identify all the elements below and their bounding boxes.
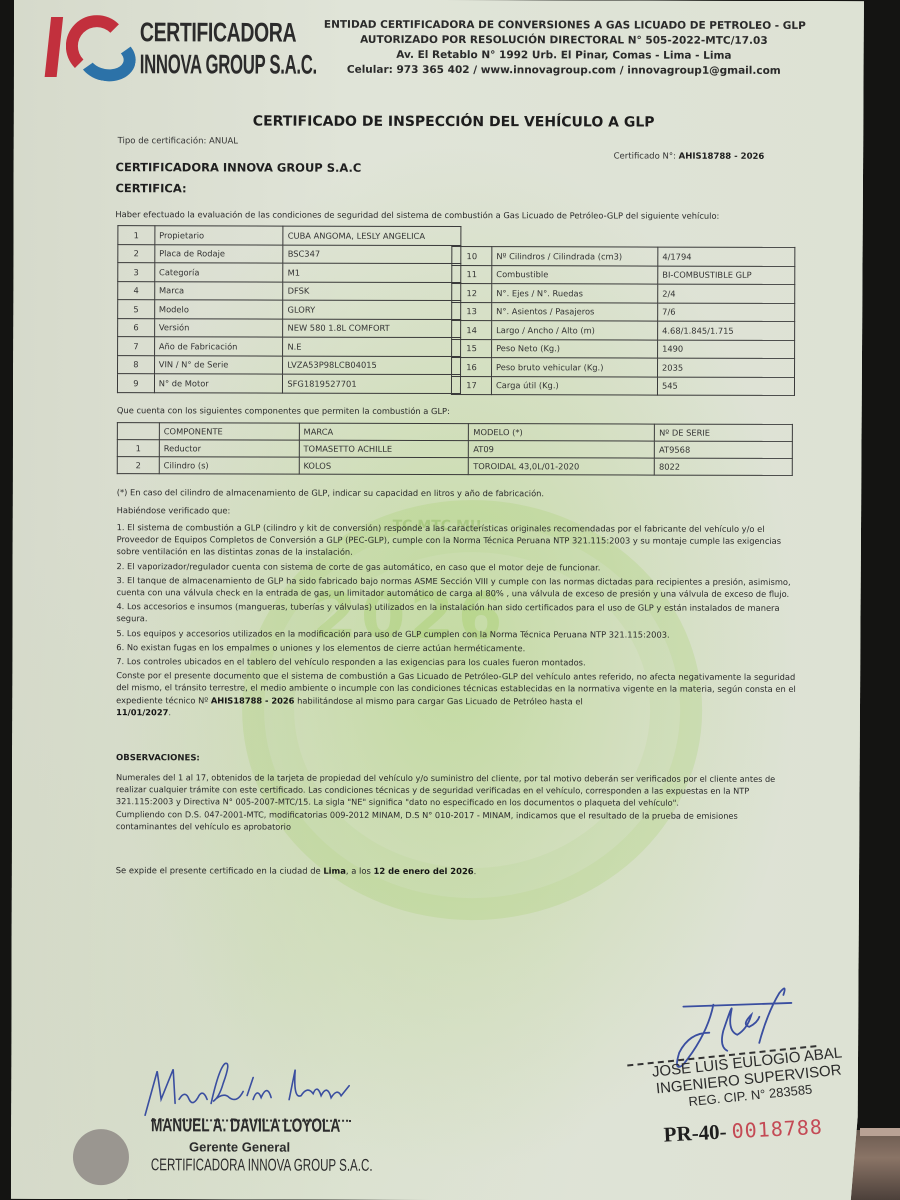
table-row: 2Cilindro (s)KOLOSTOROIDAL 43,0L/01-2020…	[117, 457, 792, 476]
manager-signature-block: MANUEL A. DAVILA LOYOLA Gerente General …	[131, 1059, 371, 1180]
field-value: BI-COMBUSTIBLE GLP	[658, 266, 795, 285]
table-row: 10Nº Cilindros / Cilindrada (cm3)4/1794	[452, 247, 795, 266]
row-number: 15	[452, 339, 492, 358]
field-value: 7/6	[658, 303, 795, 322]
valid-until-date: 11/01/2027	[116, 707, 168, 717]
observation-item: Numerales del 1 al 17, obtenidos de la t…	[116, 771, 796, 809]
observations-title: OBSERVACIONES:	[116, 753, 200, 763]
expediente-number: AHIS18788 - 2026	[211, 695, 295, 705]
row-number: 8	[118, 355, 155, 374]
document-title: CERTIFICADO DE INSPECCIÓN DEL VEHÍCULO A…	[194, 113, 714, 130]
field-label: Propietario	[155, 226, 284, 245]
table-row: 12N°. Ejes / N°. Ruedas2/4	[452, 284, 795, 303]
row-number: 7	[118, 337, 155, 356]
row-number: 3	[118, 263, 155, 282]
table-cell: Reductor	[159, 440, 299, 457]
field-value: 2035	[658, 358, 795, 377]
row-number: 5	[118, 300, 155, 319]
field-label: Combustible	[492, 265, 658, 284]
verification-item: 2. El vaporizador/regulador cuenta con s…	[117, 560, 797, 574]
field-value: SFG1819527701	[283, 374, 461, 393]
field-label: Nº Cilindros / Cilindrada (cm3)	[492, 247, 658, 266]
table-row: 14Largo / Ancho / Alto (m)4.68/1.845/1.7…	[452, 321, 795, 340]
row-number: 4	[118, 281, 155, 300]
table-cell: AT09	[469, 441, 655, 458]
table-row: 11CombustibleBI-COMBUSTIBLE GLP	[452, 265, 795, 284]
observations-text: Numerales del 1 al 17, obtenidos de la t…	[116, 771, 796, 834]
company-name: CERTIFICADORA INNOVA GROUP S.A.C	[116, 160, 362, 175]
verification-item: 4. Los accesorios e insumos (mangueras, …	[116, 600, 796, 626]
form-code-prefix: PR-40-	[663, 1119, 727, 1146]
table-row: 15Peso Neto (Kg.)1490	[452, 339, 795, 358]
issued-text: Se expide el presente certificado en la …	[116, 865, 324, 876]
logo-i-mark	[45, 17, 63, 77]
entity-line: ENTIDAD CERTIFICADORA DE CONVERSIONES A …	[324, 18, 804, 34]
issued-text: .	[474, 866, 477, 876]
table-cell: 2	[117, 457, 159, 474]
background-edge	[860, 1128, 900, 1136]
table-row: 16Peso bruto vehicular (Kg.)2035	[452, 358, 795, 377]
row-number: 10	[452, 247, 492, 266]
verification-item: 7. Los controles ubicados en el tablero …	[116, 655, 796, 669]
row-number: 6	[118, 318, 155, 337]
field-value: CUBA ANGOMA, LESLY ANGELICA	[283, 226, 461, 245]
field-value: GLORY	[283, 300, 461, 319]
field-value: 2/4	[658, 284, 795, 303]
table-row: 2Placa de RodajeBSC347	[118, 244, 461, 263]
column-header: COMPONENTE	[159, 423, 299, 440]
field-label: Modelo	[154, 300, 283, 319]
table-cell: Cilindro (s)	[159, 457, 299, 474]
field-value: LVZA53P98LCB04015	[283, 356, 461, 375]
table-cell: TOROIDAL 43,0L/01-2020	[469, 458, 655, 475]
row-number: 11	[452, 265, 492, 284]
company-logo: CERTIFICADORA INNOVA GROUP S.A.C.	[48, 13, 278, 84]
entity-line: AUTORIZADO POR RESOLUCIÓN DIRECTORAL N° …	[324, 33, 804, 49]
vehicle-table-right: 10Nº Cilindros / Cilindrada (cm3)4/17941…	[451, 246, 795, 396]
verified-intro: Habiéndose verificado que:	[117, 505, 231, 515]
certificate-number-label: Certificado N°:	[614, 151, 676, 161]
row-number: 17	[451, 376, 491, 395]
table-row: 1ReductorTOMASETTO ACHILLEAT09AT9568	[117, 440, 792, 459]
verifications-list: 1. El sistema de combustión a GLP (cilin…	[116, 521, 797, 722]
row-number: 14	[452, 321, 492, 340]
table-cell: 8022	[654, 458, 792, 475]
row-number: 1	[118, 226, 155, 245]
table-row: 17Carga útil (Kg.)545	[451, 376, 794, 395]
certificate-number: Certificado N°: AHIS18788 - 2026	[614, 151, 765, 161]
logo-text-line2: INNOVA GROUP S.A.C.	[140, 49, 317, 80]
field-label: Marca	[154, 281, 283, 300]
manager-role: Gerente General	[189, 1139, 290, 1154]
issued-statement: Se expide el presente certificado en la …	[116, 865, 477, 876]
table-row: 1PropietarioCUBA ANGOMA, LESLY ANGELICA	[118, 226, 461, 245]
table-cell: TOMASETTO ACHILLE	[299, 440, 469, 457]
table-header-row: COMPONENTEMARCAMODELO (*)Nº DE SERIE	[117, 423, 792, 442]
field-label: Placa de Rodaje	[155, 244, 284, 263]
field-label: N°. Asientos / Pasajeros	[492, 302, 658, 321]
column-header: MODELO (*)	[469, 424, 655, 441]
certifica-heading: CERTIFICA:	[115, 181, 186, 195]
certificate-document: TC MTC MU 2026 CERTIFICADORA INNOVA GROU…	[11, 0, 864, 1200]
column-header: Nº DE SERIE	[655, 424, 793, 441]
certification-type: Tipo de certificación: ANUAL	[118, 136, 238, 146]
field-value: N.E	[283, 337, 461, 356]
field-label: Categoría	[155, 263, 284, 282]
table-row: 9N° de MotorSFG1819527701	[117, 374, 460, 393]
logo-text-line1: CERTIFICADORA	[140, 17, 296, 48]
issued-date: 12 de enero del 2026	[374, 866, 474, 876]
vehicle-table-left: 1PropietarioCUBA ANGOMA, LESLY ANGELICA2…	[117, 225, 461, 393]
field-label: VIN / N° de Serie	[154, 355, 283, 374]
table-cell: KOLOS	[299, 457, 469, 474]
field-value: M1	[283, 263, 461, 282]
field-value: DFSK	[283, 282, 461, 301]
entity-line: Av. El Retablo N° 1992 Urb. El Pinar, Co…	[324, 48, 804, 64]
manager-company: CERTIFICADORA INNOVA GROUP S.A.C.	[151, 1155, 373, 1176]
components-note: (*) En caso del cilindro de almacenamien…	[117, 487, 544, 498]
row-number: 12	[452, 284, 492, 303]
conste-text: .	[168, 707, 171, 717]
table-row: 8VIN / N° de SerieLVZA53P98LCB04015	[118, 355, 461, 374]
entity-line: Celular: 973 365 402 / www.innovagroup.c…	[324, 63, 804, 79]
issued-city: Lima	[323, 866, 346, 876]
verification-item: 3. El tanque de almacenamiento de GLP ha…	[116, 574, 796, 600]
table-row: 6VersiónNEW 580 1.8L COMFORT	[118, 318, 461, 337]
table-row: 4MarcaDFSK	[118, 281, 461, 300]
field-label: Peso Neto (Kg.)	[492, 339, 658, 358]
field-label: N°. Ejes / N°. Ruedas	[492, 284, 658, 303]
issued-text: , a los	[346, 866, 374, 876]
conste-paragraph: Conste por el presente documento que el …	[116, 669, 796, 720]
column-header	[117, 423, 159, 440]
field-label: N° de Motor	[154, 374, 283, 393]
field-label: Peso bruto vehicular (Kg.)	[492, 358, 658, 377]
field-value: 545	[657, 377, 794, 396]
entity-header: ENTIDAD CERTIFICADORA DE CONVERSIONES A …	[324, 18, 804, 79]
conste-text: habilitándose al mismo para cargar Gas L…	[294, 695, 582, 706]
intro-text: Haber efectuado la evaluación de las con…	[115, 209, 719, 221]
row-number: 2	[118, 244, 155, 263]
stain-mark	[73, 1129, 129, 1185]
field-label: Versión	[154, 318, 283, 337]
row-number: 13	[452, 302, 492, 321]
components-table: COMPONENTEMARCAMODELO (*)Nº DE SERIE1Red…	[117, 422, 793, 476]
table-row: 3CategoríaM1	[118, 263, 461, 282]
field-label: Largo / Ancho / Alto (m)	[492, 321, 658, 340]
field-value: NEW 580 1.8L COMFORT	[283, 319, 461, 338]
manager-signature-scrawl	[139, 1059, 359, 1120]
table-row: 13N°. Asientos / Pasajeros7/6	[452, 302, 795, 321]
field-value: 4.68/1.845/1.715	[658, 321, 795, 340]
certificate-number-value: AHIS18788 - 2026	[679, 152, 765, 162]
manager-name: MANUEL A. DAVILA LOYOLA	[151, 1115, 340, 1137]
verification-item: 1. El sistema de combustión a GLP (cilin…	[117, 521, 797, 559]
table-row: 7Año de FabricaciónN.E	[118, 337, 461, 356]
observation-item: Cumpliendo con D.S. 047-2001-MTC, modifi…	[116, 808, 796, 834]
row-number: 9	[117, 374, 154, 393]
row-number: 16	[452, 358, 492, 377]
field-value: 4/1794	[658, 247, 795, 266]
field-value: BSC347	[283, 245, 461, 264]
form-serial-number: 0018788	[731, 1115, 823, 1144]
column-header: MARCA	[299, 423, 469, 440]
field-value: 1490	[658, 340, 795, 359]
verification-item: 5. Los equipos y accesorios utilizados e…	[116, 627, 796, 641]
verification-item: 6. No existan fugas en los empalmes o un…	[116, 641, 796, 655]
table-row: 5ModeloGLORY	[118, 300, 461, 319]
field-label: Año de Fabricación	[154, 337, 283, 356]
components-intro: Que cuenta con los siguientes componente…	[117, 405, 450, 416]
field-label: Carga útil (Kg.)	[491, 376, 657, 395]
table-cell: 1	[117, 440, 159, 457]
table-cell: AT9568	[655, 441, 793, 458]
